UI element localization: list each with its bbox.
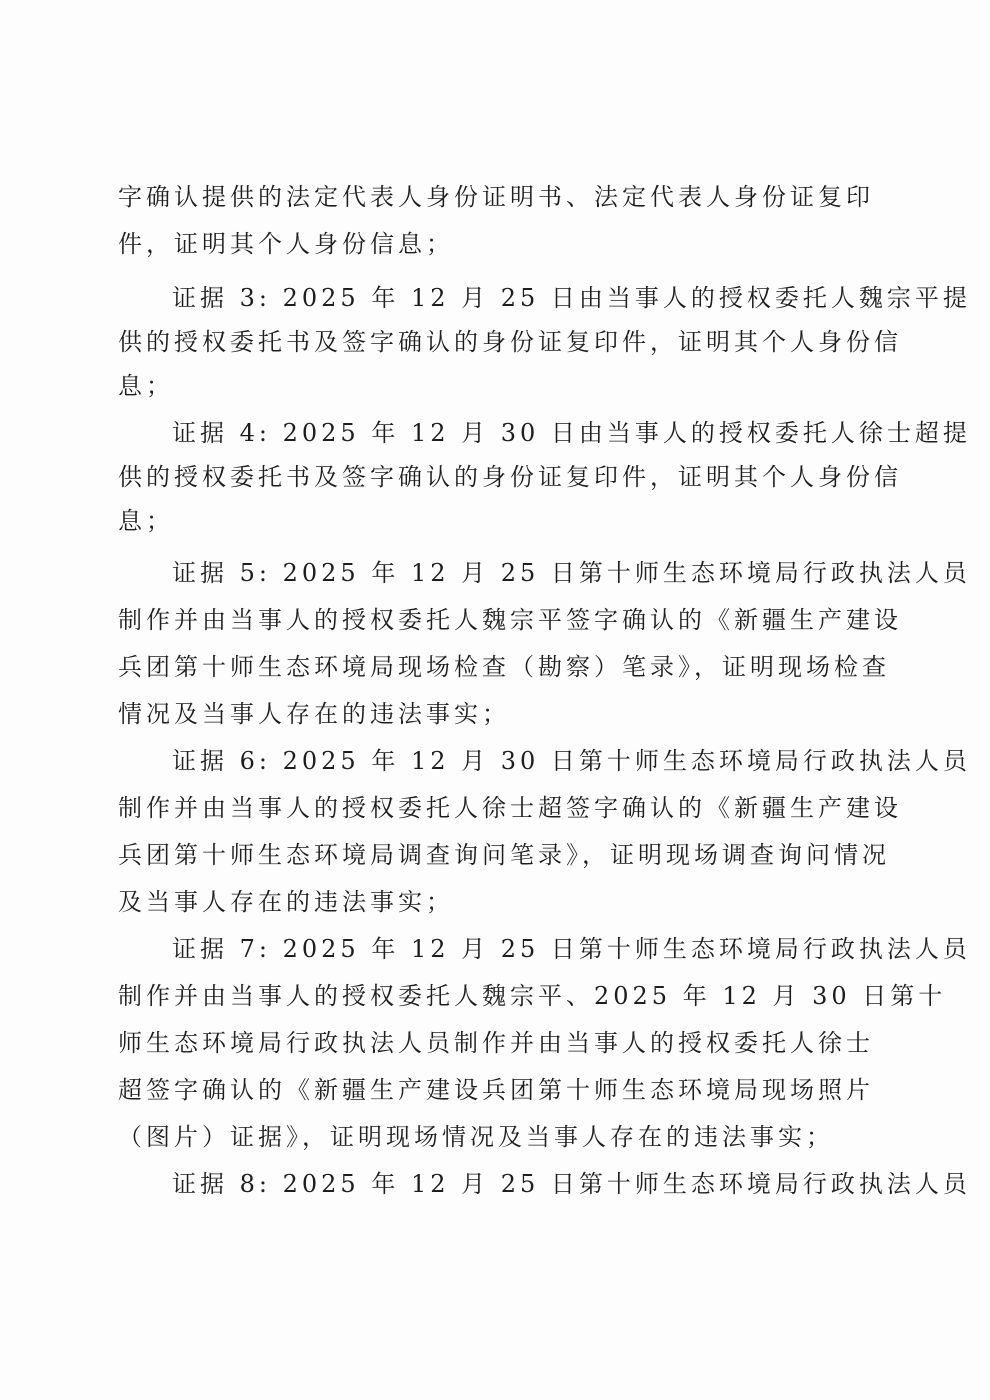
evidence-5-line: 证据 5: 2025 年 12 月 25 日第十师生态环境局行政执法人员 <box>172 553 858 593</box>
document-page: 字确认提供的法定代表人身份证明书、法定代表人身份证复印 件，证明其个人身份信息；… <box>0 0 990 1400</box>
text-line: 制作并由当事人的授权委托人魏宗平签字确认的《新疆生产建设 <box>118 600 858 640</box>
text-line: 字确认提供的法定代表人身份证明书、法定代表人身份证复印 <box>118 177 858 217</box>
text-line: 供的授权委托书及签字确认的身份证复印件，证明其个人身份信 <box>118 322 858 362</box>
evidence-4-line: 证据 4: 2025 年 12 月 30 日由当事人的授权委托人徐士超提 <box>172 413 858 453</box>
text-line: 情况及当事人存在的违法事实； <box>118 694 858 734</box>
evidence-8-line: 证据 8: 2025 年 12 月 25 日第十师生态环境局行政执法人员 <box>172 1164 858 1204</box>
text-line: 超签字确认的《新疆生产建设兵团第十师生态环境局现场照片 <box>118 1070 858 1110</box>
text-line: 兵团第十师生态环境局现场检查（勘察）笔录》，证明现场检查 <box>118 647 858 687</box>
evidence-3-line: 证据 3: 2025 年 12 月 25 日由当事人的授权委托人魏宗平提 <box>172 278 858 318</box>
text-line: 件，证明其个人身份信息； <box>118 224 858 264</box>
text-line: 息； <box>118 501 858 541</box>
text-line: 及当事人存在的违法事实； <box>118 882 858 922</box>
text-line: （图片）证据》，证明现场情况及当事人存在的违法事实； <box>118 1117 858 1157</box>
text-line: 息； <box>118 366 858 406</box>
text-line: 制作并由当事人的授权委托人徐士超签字确认的《新疆生产建设 <box>118 788 858 828</box>
evidence-7-line: 证据 7: 2025 年 12 月 25 日第十师生态环境局行政执法人员 <box>172 929 858 969</box>
text-line: 师生态环境局行政执法人员制作并由当事人的授权委托人徐士 <box>118 1023 858 1063</box>
text-line: 制作并由当事人的授权委托人魏宗平、2025 年 12 月 30 日第十 <box>118 976 858 1016</box>
evidence-6-line: 证据 6: 2025 年 12 月 30 日第十师生态环境局行政执法人员 <box>172 741 858 781</box>
text-line: 兵团第十师生态环境局调查询问笔录》，证明现场调查询问情况 <box>118 835 858 875</box>
text-line: 供的授权委托书及签字确认的身份证复印件，证明其个人身份信 <box>118 457 858 497</box>
